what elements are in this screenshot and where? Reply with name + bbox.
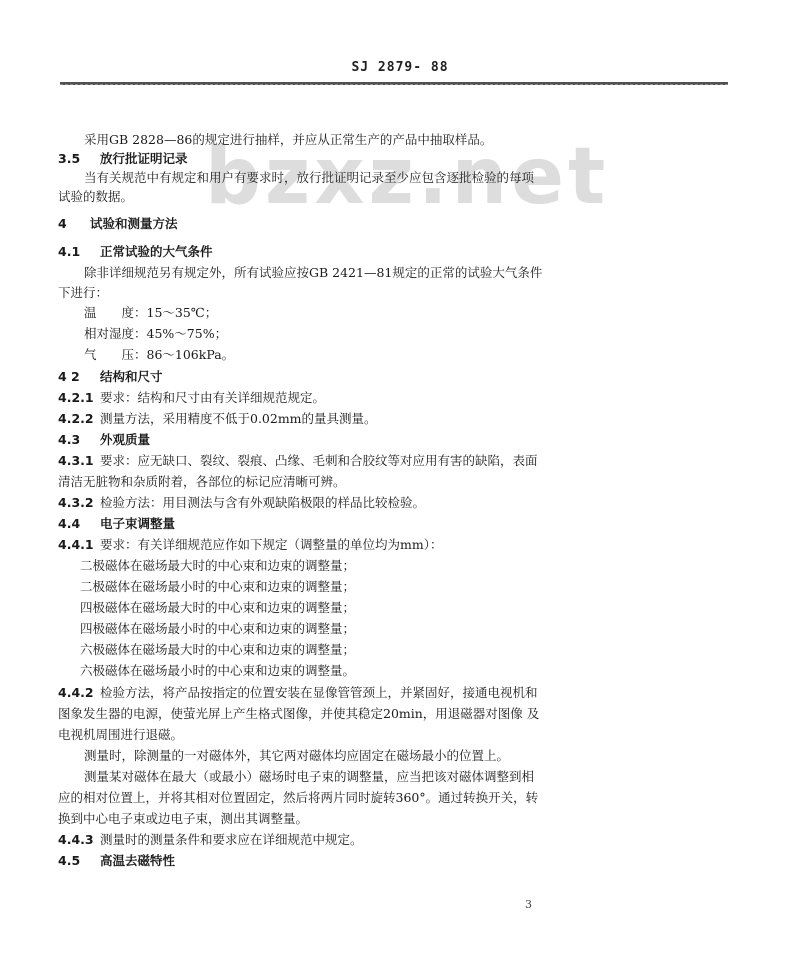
document-code-header: SJ 2879- 88 xyxy=(0,60,800,75)
list-item: 二极磁体在磁场最大时的中心束和边束的调整量； xyxy=(80,557,355,575)
paragraph-line: 测量时，除测量的一对磁体外，其它两对磁体均应固定在磁场最小的位置上。 xyxy=(84,747,509,765)
clause-text: 检验方法：用目测法与含有外观缺陷极限的样品比较检验。 xyxy=(100,495,425,510)
clause-number: 4.4.3 xyxy=(58,831,96,849)
paragraph-line: 除非详细规范另有规定外，所有试验应按GB 2421—81规定的正常的试验大气条件 xyxy=(84,264,542,282)
section-title: 结构和尺寸 xyxy=(100,369,163,384)
condition-temperature: 温 度：15～35℃； xyxy=(84,304,217,322)
clause-text: 检验方法，将产品按指定的位置安装在显像管管颈上，并紧固好，接通电视机和 xyxy=(100,685,538,700)
clause-4-2-2: 4.2.2测量方法，采用精度不低于0.02mm的量具测量。 xyxy=(58,410,377,428)
section-heading-4-2: 4 2结构和尺寸 xyxy=(58,368,163,386)
paragraph-line: 图象发生器的电源，使萤光屏上产生格式图像，并使其稳定20min，用退磁器对图像 … xyxy=(58,705,539,723)
clause-number: 4.4.1 xyxy=(58,536,96,554)
header-divider xyxy=(60,82,728,85)
section-number: 4.4 xyxy=(58,515,96,533)
section-title: 高温去磁特性 xyxy=(100,853,175,868)
section-heading-4-4: 4.4电子束调整量 xyxy=(58,515,175,533)
section-title: 电子束调整量 xyxy=(100,516,175,531)
paragraph-line: 测量某对磁体在最大（或最小）磁场时电子束的调整量，应当把该对磁体调整到相 xyxy=(84,768,534,786)
clause-4-4-1: 4.4.1要求：有关详细规范应作如下规定（调整量的单位均为mm）： xyxy=(58,536,442,554)
section-number: 4 xyxy=(58,215,86,233)
section-heading-4: 4试验和测量方法 xyxy=(58,215,178,233)
list-item: 六极磁体在磁场最大时的中心束和边束的调整量； xyxy=(80,641,355,659)
paragraph-line: 清洁无脏物和杂质附着，各部位的标记应清晰可辨。 xyxy=(58,473,346,491)
section-number: 4.3 xyxy=(58,431,96,449)
clause-4-4-2: 4.4.2检验方法，将产品按指定的位置安装在显像管管颈上，并紧固好，接通电视机和 xyxy=(58,684,538,702)
section-number: 4 2 xyxy=(58,368,96,386)
clause-text: 要求：有关详细规范应作如下规定（调整量的单位均为mm）： xyxy=(100,537,442,552)
clause-text: 测量方法，采用精度不低于0.02mm的量具测量。 xyxy=(100,411,377,426)
clause-4-3-1: 4.3.1要求：应无缺口、裂纹、裂痕、凸缘、毛刺和合胶纹等对应用有害的缺陷，表面 xyxy=(58,452,538,470)
paragraph-line: 试验的数据。 xyxy=(58,188,133,206)
section-title: 正常试验的大气条件 xyxy=(100,244,213,259)
clause-number: 4.4.2 xyxy=(58,684,96,702)
paragraph-line: 当有关规范中有规定和用户有要求时，放行批证明记录至少应包含逐批检验的每项 xyxy=(84,169,534,187)
page-number: 3 xyxy=(525,898,532,911)
clause-number: 4.2.1 xyxy=(58,389,96,407)
clause-4-2-1: 4.2.1要求：结构和尺寸由有关详细规范规定。 xyxy=(58,389,325,407)
section-title: 试验和测量方法 xyxy=(90,216,178,231)
condition-pressure: 气 压：86～106kPa。 xyxy=(84,346,234,364)
paragraph-line: 电视机周围进行退磁。 xyxy=(58,726,183,744)
clause-number: 4.3.2 xyxy=(58,494,96,512)
list-item: 四极磁体在磁场最大时的中心束和边束的调整量； xyxy=(80,599,355,617)
clause-number: 4.3.1 xyxy=(58,452,96,470)
paragraph-line: 换到中心电子束或边电子束，测出其调整量。 xyxy=(58,810,308,828)
clause-4-4-3: 4.4.3测量时的测量条件和要求应在详细规范中规定。 xyxy=(58,831,363,849)
clause-text: 要求：结构和尺寸由有关详细规范规定。 xyxy=(100,390,325,405)
condition-humidity: 相对湿度：45%～75%； xyxy=(84,325,227,343)
paragraph-line: 应的相对位置上，并将其相对位置固定，然后将两片同时旋转360°。通过转换开关，转 xyxy=(58,789,538,807)
paragraph-line: 下进行： xyxy=(58,284,108,302)
clause-text: 要求：应无缺口、裂纹、裂痕、凸缘、毛刺和合胶纹等对应用有害的缺陷，表面 xyxy=(100,453,538,468)
section-heading-4-5: 4.5高温去磁特性 xyxy=(58,852,175,870)
paragraph-line: 采用GB 2828—86的规定进行抽样，并应从正常生产的产品中抽取样品。 xyxy=(84,131,492,149)
section-number: 3.5 xyxy=(58,150,96,168)
list-item: 四极磁体在磁场最小时的中心束和边束的调整量； xyxy=(80,620,355,638)
clause-4-3-2: 4.3.2检验方法：用目测法与含有外观缺陷极限的样品比较检验。 xyxy=(58,494,425,512)
section-heading-3-5: 3.5放行批证明记录 xyxy=(58,150,188,168)
section-number: 4.5 xyxy=(58,852,96,870)
list-item: 二极磁体在磁场最小时的中心束和边束的调整量； xyxy=(80,578,355,596)
section-title: 放行批证明记录 xyxy=(100,151,188,166)
clause-text: 测量时的测量条件和要求应在详细规范中规定。 xyxy=(100,832,363,847)
section-number: 4.1 xyxy=(58,243,96,261)
section-title: 外观质量 xyxy=(100,432,150,447)
section-heading-4-1: 4.1正常试验的大气条件 xyxy=(58,243,213,261)
list-item: 六极磁体在磁场最小时的中心束和边束的调整量。 xyxy=(80,662,355,680)
clause-number: 4.2.2 xyxy=(58,410,96,428)
section-heading-4-3: 4.3外观质量 xyxy=(58,431,150,449)
